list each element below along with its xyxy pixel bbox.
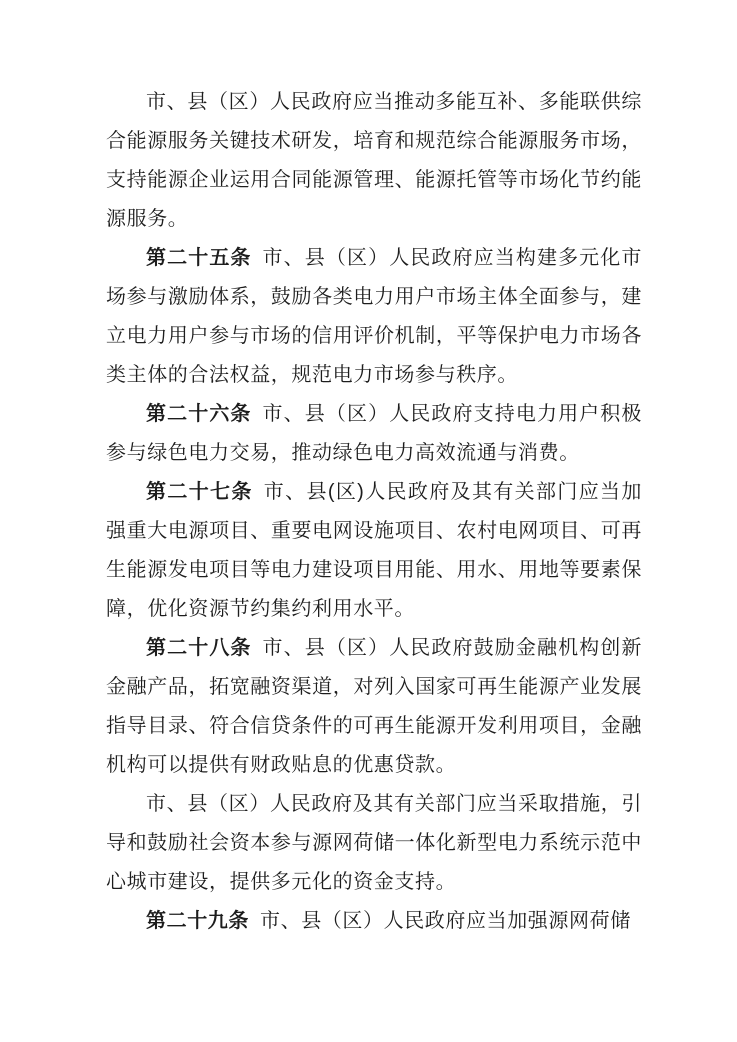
article-number: 第二十九条 <box>146 910 260 932</box>
paragraph: 第二十九条市、县（区）人民政府应当加强源网荷储 <box>106 902 642 941</box>
paragraph: 第二十五条市、县（区）人民政府应当构建多元化市场参与激励体系，鼓励各类电力用户市… <box>106 239 642 395</box>
paragraph-text: 市、县（区）人民政府应当加强源网荷储 <box>260 910 631 932</box>
paragraph-text: 市、县（区）人民政府应当推动多能互补、多能联供综合能源服务关键技术研发，培育和规… <box>106 91 642 230</box>
article-number: 第二十六条 <box>146 403 263 425</box>
paragraph: 第二十八条市、县（区）人民政府鼓励金融机构创新金融产品，拓宽融资渠道，对列入国家… <box>106 629 642 785</box>
paragraph: 第二十六条市、县（区）人民政府支持电力用户积极参与绿色电力交易，推动绿色电力高效… <box>106 395 642 473</box>
article-number: 第二十七条 <box>146 481 264 503</box>
document-body: 市、县（区）人民政府应当推动多能互补、多能联供综合能源服务关键技术研发，培育和规… <box>106 83 642 941</box>
paragraph-text: 市、县（区）人民政府及其有关部门应当采取措施，引导和鼓励社会资本参与源网荷储一体… <box>106 793 642 893</box>
document-page: 市、县（区）人民政府应当推动多能互补、多能联供综合能源服务关键技术研发，培育和规… <box>0 0 737 1042</box>
article-number: 第二十八条 <box>146 637 263 659</box>
paragraph: 市、县（区）人民政府及其有关部门应当采取措施，引导和鼓励社会资本参与源网荷储一体… <box>106 785 642 902</box>
paragraph: 第二十七条市、县(区)人民政府及其有关部门应当加强重大电源项目、重要电网设施项目… <box>106 473 642 629</box>
paragraph: 市、县（区）人民政府应当推动多能互补、多能联供综合能源服务关键技术研发，培育和规… <box>106 83 642 239</box>
article-number: 第二十五条 <box>146 247 263 269</box>
